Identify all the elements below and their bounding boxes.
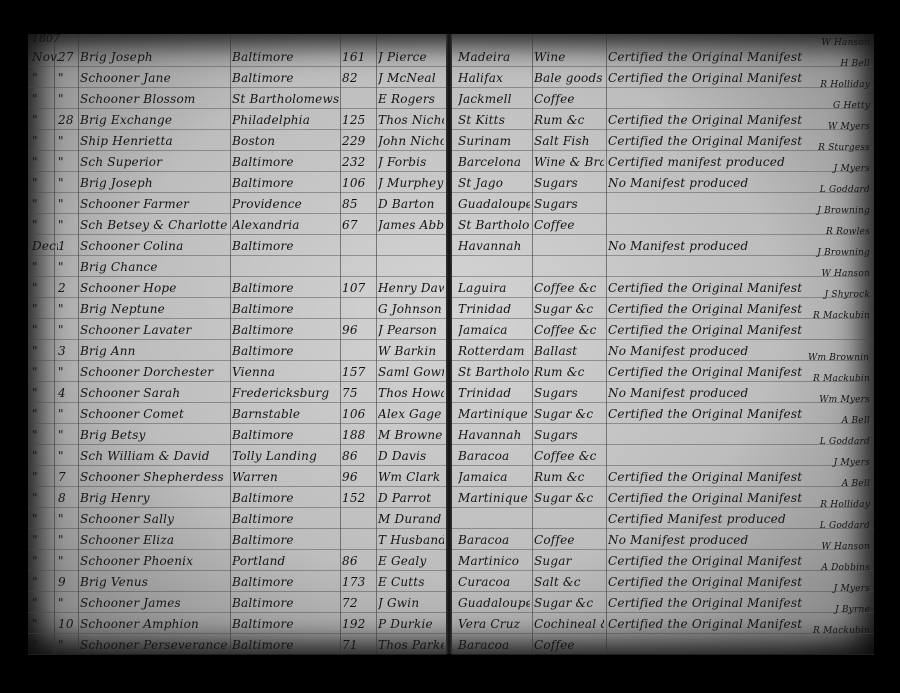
cell-month: " [32, 613, 58, 635]
cell-agent: L Goddard [808, 437, 870, 449]
cell-day: " [58, 592, 78, 614]
cell-manifest [608, 193, 808, 215]
cell-manifest: Certified the Original Manifest [608, 487, 808, 509]
cell-master: E Cutts [378, 571, 444, 593]
ledger-row: Nov.27Brig JosephBaltimore161J Pierce [28, 46, 446, 68]
cell-day: " [58, 172, 78, 194]
cell-agent: J Browning [808, 248, 870, 260]
cell-day: 10 [58, 613, 78, 635]
cell-from: Laguira [458, 277, 530, 299]
cell-manifest [608, 424, 808, 446]
cell-vessel: Schooner Blossom [80, 88, 230, 110]
cell-month: " [32, 298, 58, 320]
cell-agent: A Dobbins [808, 563, 870, 575]
cell-tons: 161 [342, 46, 376, 68]
cell-agent: A Bell [808, 479, 870, 491]
cell-tons: 75 [342, 382, 376, 404]
cell-manifest: Certified the Original Manifest [608, 46, 808, 68]
cell-master: M Durand [378, 508, 444, 530]
cell-agent: Wm Myers [808, 395, 870, 407]
cell-port: Boston [232, 130, 340, 152]
ledger-spread: 1807 Nov.27Brig JosephBaltimore161J Pier… [28, 34, 874, 654]
cell-port: Warren [232, 466, 340, 488]
cell-day: " [58, 298, 78, 320]
cell-manifest: Certified manifest produced [608, 151, 808, 173]
cell-agent: R Holliday [808, 80, 870, 92]
cell-cargo: Sugars [534, 382, 604, 404]
cell-tons [342, 256, 376, 278]
cell-vessel: Schooner Farmer [80, 193, 230, 215]
cell-day: " [58, 508, 78, 530]
cell-manifest: Certified the Original Manifest [608, 613, 808, 635]
cell-agent: W Hanson [808, 269, 870, 281]
cell-port: Barnstable [232, 403, 340, 425]
cell-manifest [608, 256, 808, 278]
cell-month: " [32, 403, 58, 425]
cell-master: J Murphey [378, 172, 444, 194]
cell-tons: 86 [342, 445, 376, 467]
cell-agent: G Hetty [808, 101, 870, 113]
cell-master: E Gealy [378, 550, 444, 572]
cell-agent: R Holliday [808, 500, 870, 512]
cell-vessel: Brig Joseph [80, 172, 230, 194]
cell-month: Decr [32, 235, 58, 257]
cell-tons: 232 [342, 151, 376, 173]
cell-port: Tolly Landing [232, 445, 340, 467]
cell-day: " [58, 634, 78, 656]
cell-vessel: Ship Henrietta [80, 130, 230, 152]
cell-month: " [32, 487, 58, 509]
ledger-row: ""Schooner PhoenixPortland86E Gealy [28, 550, 446, 572]
cell-port [232, 256, 340, 278]
ledger-row: ""Sch William & DavidTolly Landing86D Da… [28, 445, 446, 467]
cell-agent: H Bell [808, 59, 870, 71]
cell-master: Alex Gage [378, 403, 444, 425]
ledger-row: ""Schooner CometBarnstable106Alex Gage [28, 403, 446, 425]
cell-month: " [32, 361, 58, 383]
ledger-row: ""Sch SuperiorBaltimore232J Forbis [28, 151, 446, 173]
cell-manifest: Certified the Original Manifest [608, 277, 808, 299]
cell-port: Baltimore [232, 67, 340, 89]
cell-cargo: Sugars [534, 193, 604, 215]
cell-from: Guadaloupe [458, 193, 530, 215]
cell-day: " [58, 256, 78, 278]
ledger-row: Decr1Schooner ColinaBaltimore [28, 235, 446, 257]
cell-cargo: Sugar [534, 550, 604, 572]
cell-month: Nov. [32, 46, 58, 68]
cell-day: " [58, 130, 78, 152]
cell-from: St Bartholomews [458, 361, 530, 383]
cell-tons: 107 [342, 277, 376, 299]
cell-agent: R Mackubin [808, 626, 870, 638]
cell-agent: Wm Browning [808, 353, 870, 365]
ledger-row: "2Schooner HopeBaltimore107Henry Dawson [28, 277, 446, 299]
cell-day: 3 [58, 340, 78, 362]
cell-master: G Johnson [378, 298, 444, 320]
cell-tons [342, 340, 376, 362]
ledger-row: ""Ship HenriettaBoston229John Nichols [28, 130, 446, 152]
cell-vessel: Schooner Shepherdess [80, 466, 230, 488]
cell-manifest [608, 634, 808, 656]
cell-tons [342, 508, 376, 530]
cell-tons: 96 [342, 466, 376, 488]
cell-tons: 125 [342, 109, 376, 131]
cell-from: Baracoa [458, 634, 530, 656]
cell-vessel: Sch Superior [80, 151, 230, 173]
cell-manifest [608, 445, 808, 467]
cell-port: Baltimore [232, 340, 340, 362]
ledger-row: ""Brig NeptuneBaltimoreG Johnson [28, 298, 446, 320]
cell-manifest: Certified the Original Manifest [608, 466, 808, 488]
cell-port: Baltimore [232, 529, 340, 551]
cell-from: Martinique [458, 487, 530, 509]
cell-tons: 106 [342, 172, 376, 194]
cell-port: Baltimore [232, 151, 340, 173]
cell-cargo: Coffee &c [534, 277, 604, 299]
cell-vessel: Sch William & David [80, 445, 230, 467]
cell-from: Barcelona [458, 151, 530, 173]
cell-agent [808, 332, 870, 344]
cell-port: Vienna [232, 361, 340, 383]
cell-master: Thos Nichols [378, 109, 444, 131]
cell-day: " [58, 151, 78, 173]
cell-month: " [32, 130, 58, 152]
cell-manifest: No Manifest produced [608, 340, 808, 362]
ledger-row: "3Brig AnnBaltimoreW Barkin [28, 340, 446, 362]
cell-manifest [608, 214, 808, 236]
cell-vessel: Schooner Hope [80, 277, 230, 299]
cell-port: Baltimore [232, 235, 340, 257]
cell-month: " [32, 256, 58, 278]
cell-manifest [608, 88, 808, 110]
cell-day: 4 [58, 382, 78, 404]
cell-manifest: Certified the Original Manifest [608, 130, 808, 152]
cell-day: " [58, 445, 78, 467]
ledger-row: BaracoaCoffeeR Mackubin [452, 634, 874, 656]
row-rule [452, 654, 874, 655]
cell-agent: L Goddard [808, 185, 870, 197]
cell-agent: J Browning [808, 206, 870, 218]
cell-day: " [58, 193, 78, 215]
cell-vessel: Brig Neptune [80, 298, 230, 320]
cell-day: " [58, 529, 78, 551]
cell-master: J Pearson [378, 319, 444, 341]
cell-manifest: Certified the Original Manifest [608, 403, 808, 425]
cell-port: Baltimore [232, 487, 340, 509]
ledger-row: "28Brig ExchangePhiladelphia125Thos Nich… [28, 109, 446, 131]
ledger-row: ""Brig Chance [28, 256, 446, 278]
cell-month: " [32, 340, 58, 362]
cell-agent: L Goddard [808, 521, 870, 533]
cell-from: Trinidad [458, 298, 530, 320]
cell-agent: R Mackubin [808, 374, 870, 386]
cell-month: " [32, 550, 58, 572]
cell-master: J Gwin [378, 592, 444, 614]
cell-tons [342, 529, 376, 551]
cell-from: Jackmell [458, 88, 530, 110]
cell-tons: 82 [342, 67, 376, 89]
ledger-row: ""Brig BetsyBaltimore188M Browne [28, 424, 446, 446]
cell-cargo: Bale goods [534, 67, 604, 89]
cell-master: Wm Clark [378, 466, 444, 488]
cell-tons: 192 [342, 613, 376, 635]
right-page: MadeiraWineCertified the Original Manife… [452, 34, 874, 654]
cell-day: " [58, 214, 78, 236]
cell-cargo: Coffee [534, 529, 604, 551]
cell-from: Baracoa [458, 529, 530, 551]
ledger-row: ""Schooner JaneBaltimore82J McNeal [28, 67, 446, 89]
cell-port: Baltimore [232, 571, 340, 593]
cell-month: " [32, 466, 58, 488]
cell-month: " [32, 382, 58, 404]
ledger-row: "8Brig HenryBaltimore152D Parrot [28, 487, 446, 509]
cell-vessel: Brig Chance [80, 256, 230, 278]
cell-agent: J Shyrock [808, 290, 870, 302]
cell-cargo: Salt Fish [534, 130, 604, 152]
cell-tons: 106 [342, 403, 376, 425]
cell-master: John Nichols [378, 130, 444, 152]
cell-port: Philadelphia [232, 109, 340, 131]
cell-cargo [534, 256, 604, 278]
cell-manifest: No Manifest produced [608, 529, 808, 551]
cell-cargo: Salt &c [534, 571, 604, 593]
cell-agent: R Rowles [808, 227, 870, 239]
ledger-row: ""Schooner SallyBaltimoreM Durand [28, 508, 446, 530]
ledger-row: ""Schooner BlossomSt BartholomewsE Roger… [28, 88, 446, 110]
cell-vessel: Brig Henry [80, 487, 230, 509]
cell-from: Baracoa [458, 445, 530, 467]
cell-vessel: Schooner Phoenix [80, 550, 230, 572]
cell-from: Halifax [458, 67, 530, 89]
cell-manifest: Certified the Original Manifest [608, 592, 808, 614]
cell-cargo: Sugar &c [534, 487, 604, 509]
cell-vessel: Brig Exchange [80, 109, 230, 131]
cell-cargo: Sugar &c [534, 403, 604, 425]
cell-vessel: Brig Ann [80, 340, 230, 362]
cell-from: Curacoa [458, 571, 530, 593]
cell-tons: 152 [342, 487, 376, 509]
cell-port: Portland [232, 550, 340, 572]
cell-manifest: Certified the Original Manifest [608, 550, 808, 572]
cell-master: D Davis [378, 445, 444, 467]
cell-from: Trinidad [458, 382, 530, 404]
cell-vessel: Brig Betsy [80, 424, 230, 446]
year-label: 1807 [32, 32, 60, 45]
cell-port: Baltimore [232, 46, 340, 68]
cell-month: " [32, 529, 58, 551]
cell-cargo: Rum &c [534, 109, 604, 131]
cell-master [378, 235, 444, 257]
cell-agent: W Hanson [808, 542, 870, 554]
cell-cargo: Coffee [534, 634, 604, 656]
cell-agent: W Myers [808, 122, 870, 134]
cell-vessel: Schooner Jane [80, 67, 230, 89]
cell-month: " [32, 151, 58, 173]
cell-from: Havannah [458, 235, 530, 257]
cell-month: " [32, 172, 58, 194]
cell-cargo: Wine & Brandy [534, 151, 604, 173]
cell-vessel: Schooner Amphion [80, 613, 230, 635]
cell-master [378, 256, 444, 278]
cell-cargo: Sugar &c [534, 298, 604, 320]
cell-port: Baltimore [232, 508, 340, 530]
cell-month: " [32, 634, 58, 656]
cell-day: " [58, 403, 78, 425]
cell-port: Baltimore [232, 424, 340, 446]
cell-from: St Jago [458, 172, 530, 194]
cell-tons: 86 [342, 550, 376, 572]
ledger-row: ""Sch Betsey & CharlotteAlexandria67Jame… [28, 214, 446, 236]
cell-month: " [32, 88, 58, 110]
cell-manifest: No Manifest produced [608, 172, 808, 194]
cell-agent: J Byrne [808, 605, 870, 617]
cell-vessel: Sch Betsey & Charlotte [80, 214, 230, 236]
cell-agent: A Bell [808, 416, 870, 428]
cell-cargo: Sugar &c [534, 592, 604, 614]
cell-tons [342, 298, 376, 320]
cell-vessel: Schooner Comet [80, 403, 230, 425]
cell-manifest: Certified Manifest produced [608, 508, 808, 530]
cell-port: Baltimore [232, 634, 340, 656]
cell-master: J Forbis [378, 151, 444, 173]
ledger-row: ""Schooner LavaterBaltimore96J Pearson [28, 319, 446, 341]
cell-agent: J Myers [808, 458, 870, 470]
cell-manifest: No Manifest produced [608, 382, 808, 404]
ledger-row: "9Brig VenusBaltimore173E Cutts [28, 571, 446, 593]
cell-master: Thos Howard [378, 382, 444, 404]
cell-cargo: Sugars [534, 172, 604, 194]
cell-cargo: Coffee [534, 214, 604, 236]
cell-from: Vera Cruz [458, 613, 530, 635]
cell-month: " [32, 319, 58, 341]
cell-vessel: Schooner Sarah [80, 382, 230, 404]
cell-from: St Bartholomews [458, 214, 530, 236]
cell-master: E Rogers [378, 88, 444, 110]
cell-day: 8 [58, 487, 78, 509]
cell-agent: J Myers [808, 584, 870, 596]
cell-vessel: Brig Joseph [80, 46, 230, 68]
cell-master: Saml Gowns [378, 361, 444, 383]
cell-day: " [58, 319, 78, 341]
cell-month: " [32, 277, 58, 299]
cell-cargo [534, 235, 604, 257]
cell-vessel: Schooner James [80, 592, 230, 614]
row-rule [28, 654, 446, 655]
cell-month: " [32, 67, 58, 89]
cell-tons: 71 [342, 634, 376, 656]
cell-day: 1 [58, 235, 78, 257]
cell-agent: R Mackubin [808, 311, 870, 323]
cell-tons: 157 [342, 361, 376, 383]
cell-month: " [32, 592, 58, 614]
cell-port: Baltimore [232, 298, 340, 320]
cell-tons: 229 [342, 130, 376, 152]
cell-tons: 85 [342, 193, 376, 215]
cell-month: " [32, 571, 58, 593]
ledger-row: ""Schooner FarmerProvidence85D Barton [28, 193, 446, 215]
cell-day: " [58, 67, 78, 89]
ledger-row: ""Schooner PerseveranceBaltimore71Thos P… [28, 634, 446, 656]
cell-day: 7 [58, 466, 78, 488]
cell-vessel: Schooner Eliza [80, 529, 230, 551]
cell-vessel: Schooner Lavater [80, 319, 230, 341]
cell-master: J Pierce [378, 46, 444, 68]
cell-port: Alexandria [232, 214, 340, 236]
cell-master: J McNeal [378, 67, 444, 89]
cell-manifest: No Manifest produced [608, 235, 808, 257]
cell-agent: W Hanson [808, 38, 870, 50]
cell-port: Baltimore [232, 592, 340, 614]
cell-master: D Parrot [378, 487, 444, 509]
cell-tons: 67 [342, 214, 376, 236]
cell-port: Baltimore [232, 613, 340, 635]
ledger-row: "10Schooner AmphionBaltimore192P Durkie [28, 613, 446, 635]
cell-master: Thos Parker [378, 634, 444, 656]
cell-from: Martinique [458, 403, 530, 425]
cell-tons: 173 [342, 571, 376, 593]
cell-vessel: Schooner Perseverance [80, 634, 230, 656]
cell-vessel: Schooner Dorchester [80, 361, 230, 383]
cell-port: Baltimore [232, 319, 340, 341]
cell-vessel: Schooner Colina [80, 235, 230, 257]
cell-manifest: Certified the Original Manifest [608, 319, 808, 341]
cell-day: 28 [58, 109, 78, 131]
cell-month: " [32, 424, 58, 446]
cell-cargo: Coffee &c [534, 445, 604, 467]
ledger-row: ""Brig JosephBaltimore106J Murphey [28, 172, 446, 194]
cell-from: Guadaloupe [458, 592, 530, 614]
cell-day: " [58, 550, 78, 572]
cell-month: " [32, 109, 58, 131]
cell-from [458, 256, 530, 278]
cell-manifest: Certified the Original Manifest [608, 109, 808, 131]
cell-port: Baltimore [232, 172, 340, 194]
cell-master: P Durkie [378, 613, 444, 635]
cell-master: Henry Dawson [378, 277, 444, 299]
cell-cargo: Rum &c [534, 466, 604, 488]
ledger-row: ""Schooner JamesBaltimore72J Gwin [28, 592, 446, 614]
cell-cargo: Ballast [534, 340, 604, 362]
cell-master: M Browne [378, 424, 444, 446]
cell-from: St Kitts [458, 109, 530, 131]
cell-cargo: Wine [534, 46, 604, 68]
cell-day: 2 [58, 277, 78, 299]
cell-port: St Bartholomews [232, 88, 340, 110]
cell-from: Rotterdam [458, 340, 530, 362]
cell-tons: 188 [342, 424, 376, 446]
cell-month: " [32, 214, 58, 236]
cell-manifest: Certified the Original Manifest [608, 298, 808, 320]
ledger-row: "4Schooner SarahFredericksburg75Thos How… [28, 382, 446, 404]
cell-agent: J Myers [808, 164, 870, 176]
cell-from: Surinam [458, 130, 530, 152]
cell-month: " [32, 508, 58, 530]
cell-manifest: Certified the Original Manifest [608, 361, 808, 383]
cell-agent: R Sturgess [808, 143, 870, 155]
cell-master: W Barkin [378, 340, 444, 362]
cell-from: Jamaica [458, 466, 530, 488]
cell-cargo: Cochineal &c [534, 613, 604, 635]
cell-from: Jamaica [458, 319, 530, 341]
cell-cargo: Coffee [534, 88, 604, 110]
cell-month: " [32, 445, 58, 467]
cell-month: " [32, 193, 58, 215]
cell-cargo: Coffee &c [534, 319, 604, 341]
cell-tons: 96 [342, 319, 376, 341]
cell-tons [342, 88, 376, 110]
cell-master: James Abbot [378, 214, 444, 236]
cell-from: Madeira [458, 46, 530, 68]
